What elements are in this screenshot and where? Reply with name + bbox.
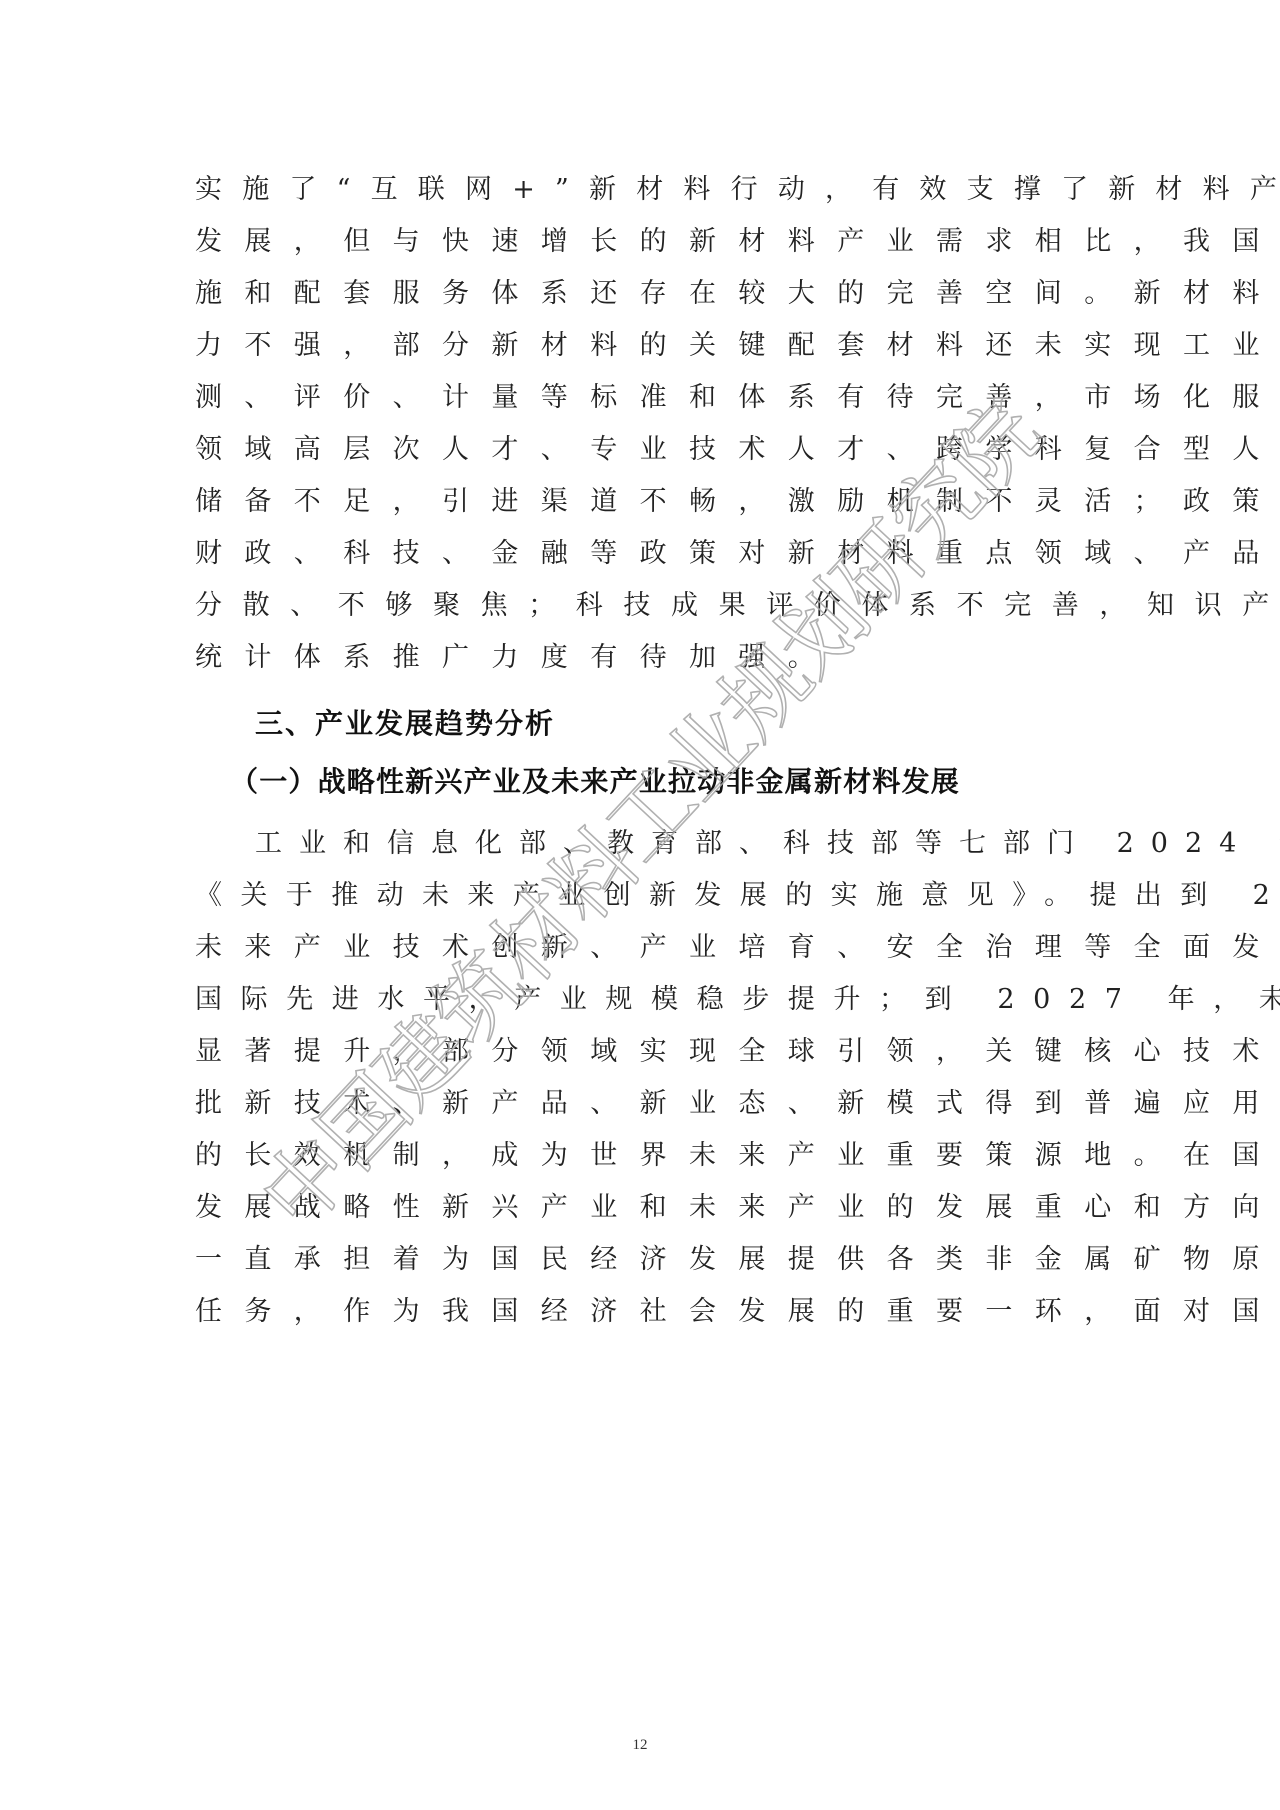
paragraph-line: 的长效机制，成为世界未来产业重要策源地。在国家明确了全力以赴	[195, 1130, 1095, 1182]
section-heading: 三、产业发展趋势分析	[255, 698, 555, 750]
paragraph-line: 测、评价、计量等标准和体系有待完善，市场化服务能力弱；新材料	[195, 372, 1095, 424]
paragraph-line: 施和配套服务体系还存在较大的完善空间。新材料上下游协作配套能	[195, 268, 1095, 320]
paragraph-line: 实施了“互联网+”新材料行动，有效支撑了新材料产业的稳步健康	[195, 164, 1095, 216]
paragraph-line: 财政、科技、金融等政策对新材料重点领域、产品和技术的支持相对	[195, 528, 1095, 580]
document-page: 实施了“互联网+”新材料行动，有效支撑了新材料产业的稳步健康 发展，但与快速增长…	[0, 0, 1280, 1810]
paragraph-line: 统计体系推广力度有待加强。	[195, 632, 1095, 684]
paragraph-line: 任务，作为我国经济社会发展的重要一环，面对国际国内形势的深刻	[195, 1286, 1095, 1338]
paragraph-line: 发展，但与快速增长的新材料产业需求相比，我国新材料产业基础设	[195, 216, 1095, 268]
paragraph-line: 储备不足，引进渠道不畅，激励机制不灵活；政策有效性亟待加强，	[195, 476, 1095, 528]
paragraph-line: 显著提升，部分领域实现全球引领，关键核心技术取得重大突破，一	[195, 1026, 1095, 1078]
paragraph-line: 国际先进水平，产业规模稳步提升；到 2027 年，未来产业综合实力	[195, 974, 1095, 1026]
paragraph-line: 一直承担着为国民经济发展提供各类非金属矿物原料及制品的重要	[195, 1234, 1095, 1286]
paragraph-line: 分散、不够聚焦；科技成果评价体系不完善，知识产权保护力度不够，	[195, 580, 1095, 632]
paragraph-line: 批新技术、新产品、新业态、新模式得到普遍应用，形成可持续发展	[195, 1078, 1095, 1130]
paragraph-line: 未来产业技术创新、产业培育、安全治理等全面发展，部分领域达到	[195, 922, 1095, 974]
page-number: 12	[0, 1737, 1280, 1754]
subsection-heading: （一）战略性新兴产业及未来产业拉动非金属新材料发展	[230, 756, 960, 808]
paragraph-line: 《关于推动未来产业创新发展的实施意见》。提出到 2025 年，我国	[195, 870, 1095, 922]
paragraph-line: 领域高层次人才、专业技术人才、跨学科复合型人才培养力度不够，	[195, 424, 1095, 476]
paragraph-line: 工业和信息化部、教育部、科技部等七部门 2024 年初联合印发	[255, 818, 1095, 870]
paragraph-line: 发展战略性新兴产业和未来产业的发展重心和方向下，非金属新材料	[195, 1182, 1095, 1234]
paragraph-line: 力不强，部分新材料的关键配套材料还未实现工业化生产；新材料检	[195, 320, 1095, 372]
